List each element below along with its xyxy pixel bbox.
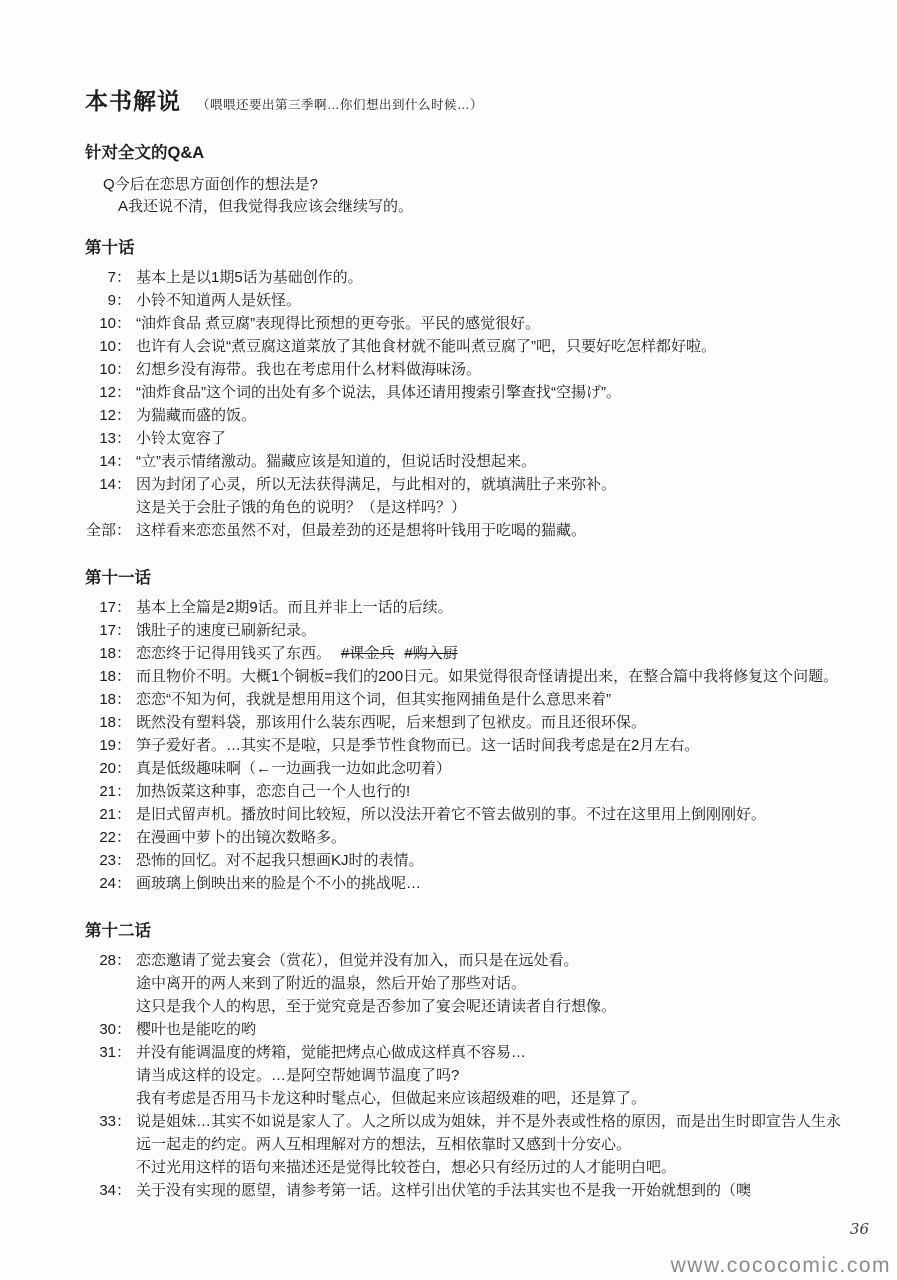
- entry-line: “油炸食品”这个词的出处有多个说法，具体还请用搜索引擎查找“空揚げ”。: [136, 381, 879, 404]
- entry-number: 23：: [85, 849, 131, 872]
- commentary-entry: 14： 因为封闭了心灵，所以无法获得满足，与此相对的，就填满肚子来弥补。 这是关…: [85, 473, 879, 519]
- title-row: 本书解说 （喂喂还要出第三季啊…你们想出到什么时候…）: [85, 86, 879, 116]
- entry-number: 14：: [85, 450, 131, 473]
- section-episode-11: 第十一话 17： 基本上全篇是2期9话。而且并非上一话的后续。 17： 饿肚子的…: [85, 566, 879, 895]
- entry-line: 因为封闭了心灵，所以无法获得满足，与此相对的，就填满肚子来弥补。: [136, 473, 879, 496]
- commentary-entry: 9： 小铃不知道两人是妖怪。: [85, 289, 879, 312]
- commentary-entry: 18： 恋恋“不知为何，我就是想用用这个词，但其实拖网捕鱼是什么意思来着”: [85, 688, 879, 711]
- entry-number: 34：: [85, 1179, 131, 1202]
- commentary-entry: 12： “油炸食品”这个词的出处有多个说法，具体还请用搜索引擎查找“空揚げ”。: [85, 381, 879, 404]
- commentary-entry: 17： 基本上全篇是2期9话。而且并非上一话的后续。: [85, 596, 879, 619]
- entry-line: 饿肚子的速度已刷新纪录。: [136, 619, 879, 642]
- entry-line: 既然没有塑料袋，那该用什么装东西呢，后来想到了包袱皮。而且还很环保。: [136, 711, 879, 734]
- commentary-entry: 全部： 这样看来恋恋虽然不对，但最差劲的还是想将叶钱用于吃喝的猯藏。: [85, 519, 879, 542]
- entry-line-continuation: 请当成这样的设定。…是阿空帮她调节温度了吗?: [136, 1064, 879, 1087]
- commentary-entry: 22： 在漫画中萝卜的出镜次数略多。: [85, 826, 879, 849]
- entry-number: 17：: [85, 596, 131, 619]
- entry-line-continuation: 不过光用这样的语句来描述还是觉得比较苍白，想必只有经历过的人才能明白吧。: [136, 1156, 879, 1179]
- entry-number: 18：: [85, 642, 131, 665]
- entry-line-continuation: 这只是我个人的构思，至于觉究竟是否参加了宴会呢还请读者自行想像。: [136, 995, 879, 1018]
- entry-line: 这样看来恋恋虽然不对，但最差劲的还是想将叶钱用于吃喝的猯藏。: [136, 519, 879, 542]
- entry-line-continuation: 途中离开的两人来到了附近的温泉，然后开始了那些对话。: [136, 972, 879, 995]
- entry-number: 21：: [85, 780, 131, 803]
- entry-line: 在漫画中萝卜的出镜次数略多。: [136, 826, 879, 849]
- commentary-entry: 19： 笋子爱好者。…其实不是啦，只是季节性食物而已。这一话时间我考虑是在2月左…: [85, 734, 879, 757]
- commentary-entry: 31： 并没有能调温度的烤箱，觉能把烤点心做成这样真不容易… 请当成这样的设定。…: [85, 1041, 879, 1110]
- qa-heading: 针对全文的Q&A: [85, 142, 879, 164]
- entry-line-continuation: 远一起走的约定。两人互相理解对方的想法，互相依靠时又感到十分安心。: [136, 1133, 879, 1156]
- entry-line: “立”表示情绪激动。猯藏应该是知道的，但说话时没想起来。: [136, 450, 879, 473]
- hashtag-strikethrough: #购入厨: [404, 645, 457, 662]
- entry-line-continuation: 这是关于会肚子饿的角色的说明？（是这样吗？）: [136, 496, 879, 519]
- watermark: www.cococomic.com: [671, 1254, 891, 1278]
- entry-number: 14：: [85, 473, 131, 519]
- entry-line: 基本上是以1期5话为基础创作的。: [136, 266, 879, 289]
- entry-number: 31：: [85, 1041, 131, 1110]
- entry-line: 樱叶也是能吃的哟: [136, 1018, 879, 1041]
- page-title: 本书解说: [85, 86, 181, 116]
- commentary-entry: 12： 为猯藏而盛的饭。: [85, 404, 879, 427]
- section-episode-10: 第十话 7： 基本上是以1期5话为基础创作的。 9： 小铃不知道两人是妖怪。 1…: [85, 236, 879, 542]
- entry-number: 10：: [85, 335, 131, 358]
- entry-number: 21：: [85, 803, 131, 826]
- qa-question: Q今后在恋思方面创作的想法是?: [103, 174, 879, 196]
- page-subtitle: （喂喂还要出第三季啊…你们想出到什么时候…）: [197, 95, 483, 113]
- commentary-entry: 18： 恋恋终于记得用钱买了东西。#课金兵#购入厨: [85, 642, 879, 665]
- entry-number: 18：: [85, 688, 131, 711]
- commentary-entry: 18： 而且物价不明。大概1个铜板=我们的200日元。如果觉得很奇怪请提出来，在…: [85, 665, 879, 688]
- entry-line: 恋恋邀请了觉去宴会（赏花），但觉并没有加入，而只是在远处看。: [136, 949, 879, 972]
- entry-line: 基本上全篇是2期9话。而且并非上一话的后续。: [136, 596, 879, 619]
- entry-number: 28：: [85, 949, 131, 1018]
- entry-number: 9：: [85, 289, 131, 312]
- page-number: 36: [850, 1220, 869, 1238]
- entry-number: 18：: [85, 665, 131, 688]
- entry-line: 而且物价不明。大概1个铜板=我们的200日元。如果觉得很奇怪请提出来，在整合篇中…: [136, 665, 879, 688]
- commentary-entry: 23： 恐怖的回忆。对不起我只想画KJ时的表情。: [85, 849, 879, 872]
- entry-number: 24：: [85, 872, 131, 895]
- section-heading: 第十二话: [85, 919, 879, 943]
- entry-number: 7：: [85, 266, 131, 289]
- section-heading: 第十话: [85, 236, 879, 260]
- entry-number: 12：: [85, 381, 131, 404]
- entry-line: 也许有人会说“煮豆腐这道菜放了其他食材就不能叫煮豆腐了”吧，只要好吃怎样都好啦。: [136, 335, 879, 358]
- entry-line: 小铃不知道两人是妖怪。: [136, 289, 879, 312]
- commentary-entry: 34： 关于没有实现的愿望，请参考第一话。这样引出伏笔的手法其实也不是我一开始就…: [85, 1179, 879, 1202]
- entry-number: 18：: [85, 711, 131, 734]
- qa-answer: A我还说不清，但我觉得我应该会继续写的。: [118, 196, 879, 218]
- entry-number: 12：: [85, 404, 131, 427]
- entry-text-part: 恋恋终于记得用钱买了东西。: [136, 645, 331, 662]
- entry-number: 30：: [85, 1018, 131, 1041]
- entry-number: 22：: [85, 826, 131, 849]
- commentary-entry: 17： 饿肚子的速度已刷新纪录。: [85, 619, 879, 642]
- entry-number: 13：: [85, 427, 131, 450]
- entry-line: 真是低级趣味啊（←一边画我一边如此念叨着）: [136, 757, 879, 780]
- entry-line: “油炸食品 煮豆腐”表现得比预想的更夸张。平民的感觉很好。: [136, 312, 879, 335]
- commentary-entry: 24： 画玻璃上倒映出来的脸是个不小的挑战呢…: [85, 872, 879, 895]
- commentary-entry: 30： 樱叶也是能吃的哟: [85, 1018, 879, 1041]
- entry-line: 并没有能调温度的烤箱，觉能把烤点心做成这样真不容易…: [136, 1041, 879, 1064]
- section-episode-12: 第十二话 28： 恋恋邀请了觉去宴会（赏花），但觉并没有加入，而只是在远处看。 …: [85, 919, 879, 1202]
- entry-line: 说是姐妹…其实不如说是家人了。人之所以成为姐妹，并不是外表或性格的原因，而是出生…: [136, 1110, 879, 1133]
- entry-line: 幻想乡没有海带。我也在考虑用什么材料做海味汤。: [136, 358, 879, 381]
- entry-line: 恋恋终于记得用钱买了东西。#课金兵#购入厨: [136, 642, 879, 665]
- commentary-entry: 28： 恋恋邀请了觉去宴会（赏花），但觉并没有加入，而只是在远处看。 途中离开的…: [85, 949, 879, 1018]
- commentary-entry: 33： 说是姐妹…其实不如说是家人了。人之所以成为姐妹，并不是外表或性格的原因，…: [85, 1110, 879, 1179]
- hashtag-strikethrough: #课金兵: [341, 645, 394, 662]
- entry-line: 恋恋“不知为何，我就是想用用这个词，但其实拖网捕鱼是什么意思来着”: [136, 688, 879, 711]
- section-heading: 第十一话: [85, 566, 879, 590]
- page-content: 本书解说 （喂喂还要出第三季啊…你们想出到什么时候…） 针对全文的Q&A Q今后…: [85, 86, 879, 1202]
- entry-line: 笋子爱好者。…其实不是啦，只是季节性食物而已。这一话时间我考虑是在2月左右。: [136, 734, 879, 757]
- page: { "page": { "title": "本书解说", "subtitle":…: [0, 0, 897, 1280]
- entry-line-continuation: 我有考虑是否用马卡龙这种时髦点心，但做起来应该超级难的吧，还是算了。: [136, 1087, 879, 1110]
- commentary-entry: 7： 基本上是以1期5话为基础创作的。: [85, 266, 879, 289]
- entry-line: 小铃太宽容了: [136, 427, 879, 450]
- entry-number: 全部：: [85, 519, 131, 542]
- commentary-entry: 13： 小铃太宽容了: [85, 427, 879, 450]
- entry-number: 10：: [85, 312, 131, 335]
- commentary-entry: 10： 幻想乡没有海带。我也在考虑用什么材料做海味汤。: [85, 358, 879, 381]
- commentary-entry: 20： 真是低级趣味啊（←一边画我一边如此念叨着）: [85, 757, 879, 780]
- entry-line: 是旧式留声机。播放时间比较短，所以没法开着它不管去做别的事。不过在这里用上倒刚刚…: [136, 803, 879, 826]
- commentary-entry: 14： “立”表示情绪激动。猯藏应该是知道的，但说话时没想起来。: [85, 450, 879, 473]
- entry-number: 17：: [85, 619, 131, 642]
- commentary-entry: 21： 是旧式留声机。播放时间比较短，所以没法开着它不管去做别的事。不过在这里用…: [85, 803, 879, 826]
- entry-number: 19：: [85, 734, 131, 757]
- commentary-entry: 18： 既然没有塑料袋，那该用什么装东西呢，后来想到了包袱皮。而且还很环保。: [85, 711, 879, 734]
- entry-number: 10：: [85, 358, 131, 381]
- entry-line: 画玻璃上倒映出来的脸是个不小的挑战呢…: [136, 872, 879, 895]
- commentary-entry: 10： “油炸食品 煮豆腐”表现得比预想的更夸张。平民的感觉很好。: [85, 312, 879, 335]
- commentary-entry: 10： 也许有人会说“煮豆腐这道菜放了其他食材就不能叫煮豆腐了”吧，只要好吃怎样…: [85, 335, 879, 358]
- commentary-entry: 21： 加热饭菜这种事，恋恋自己一个人也行的!: [85, 780, 879, 803]
- entry-line: 加热饭菜这种事，恋恋自己一个人也行的!: [136, 780, 879, 803]
- entry-line: 关于没有实现的愿望，请参考第一话。这样引出伏笔的手法其实也不是我一开始就想到的（…: [136, 1179, 879, 1202]
- entry-number: 33：: [85, 1110, 131, 1179]
- entry-number: 20：: [85, 757, 131, 780]
- entry-line: 为猯藏而盛的饭。: [136, 404, 879, 427]
- entry-line: 恐怖的回忆。对不起我只想画KJ时的表情。: [136, 849, 879, 872]
